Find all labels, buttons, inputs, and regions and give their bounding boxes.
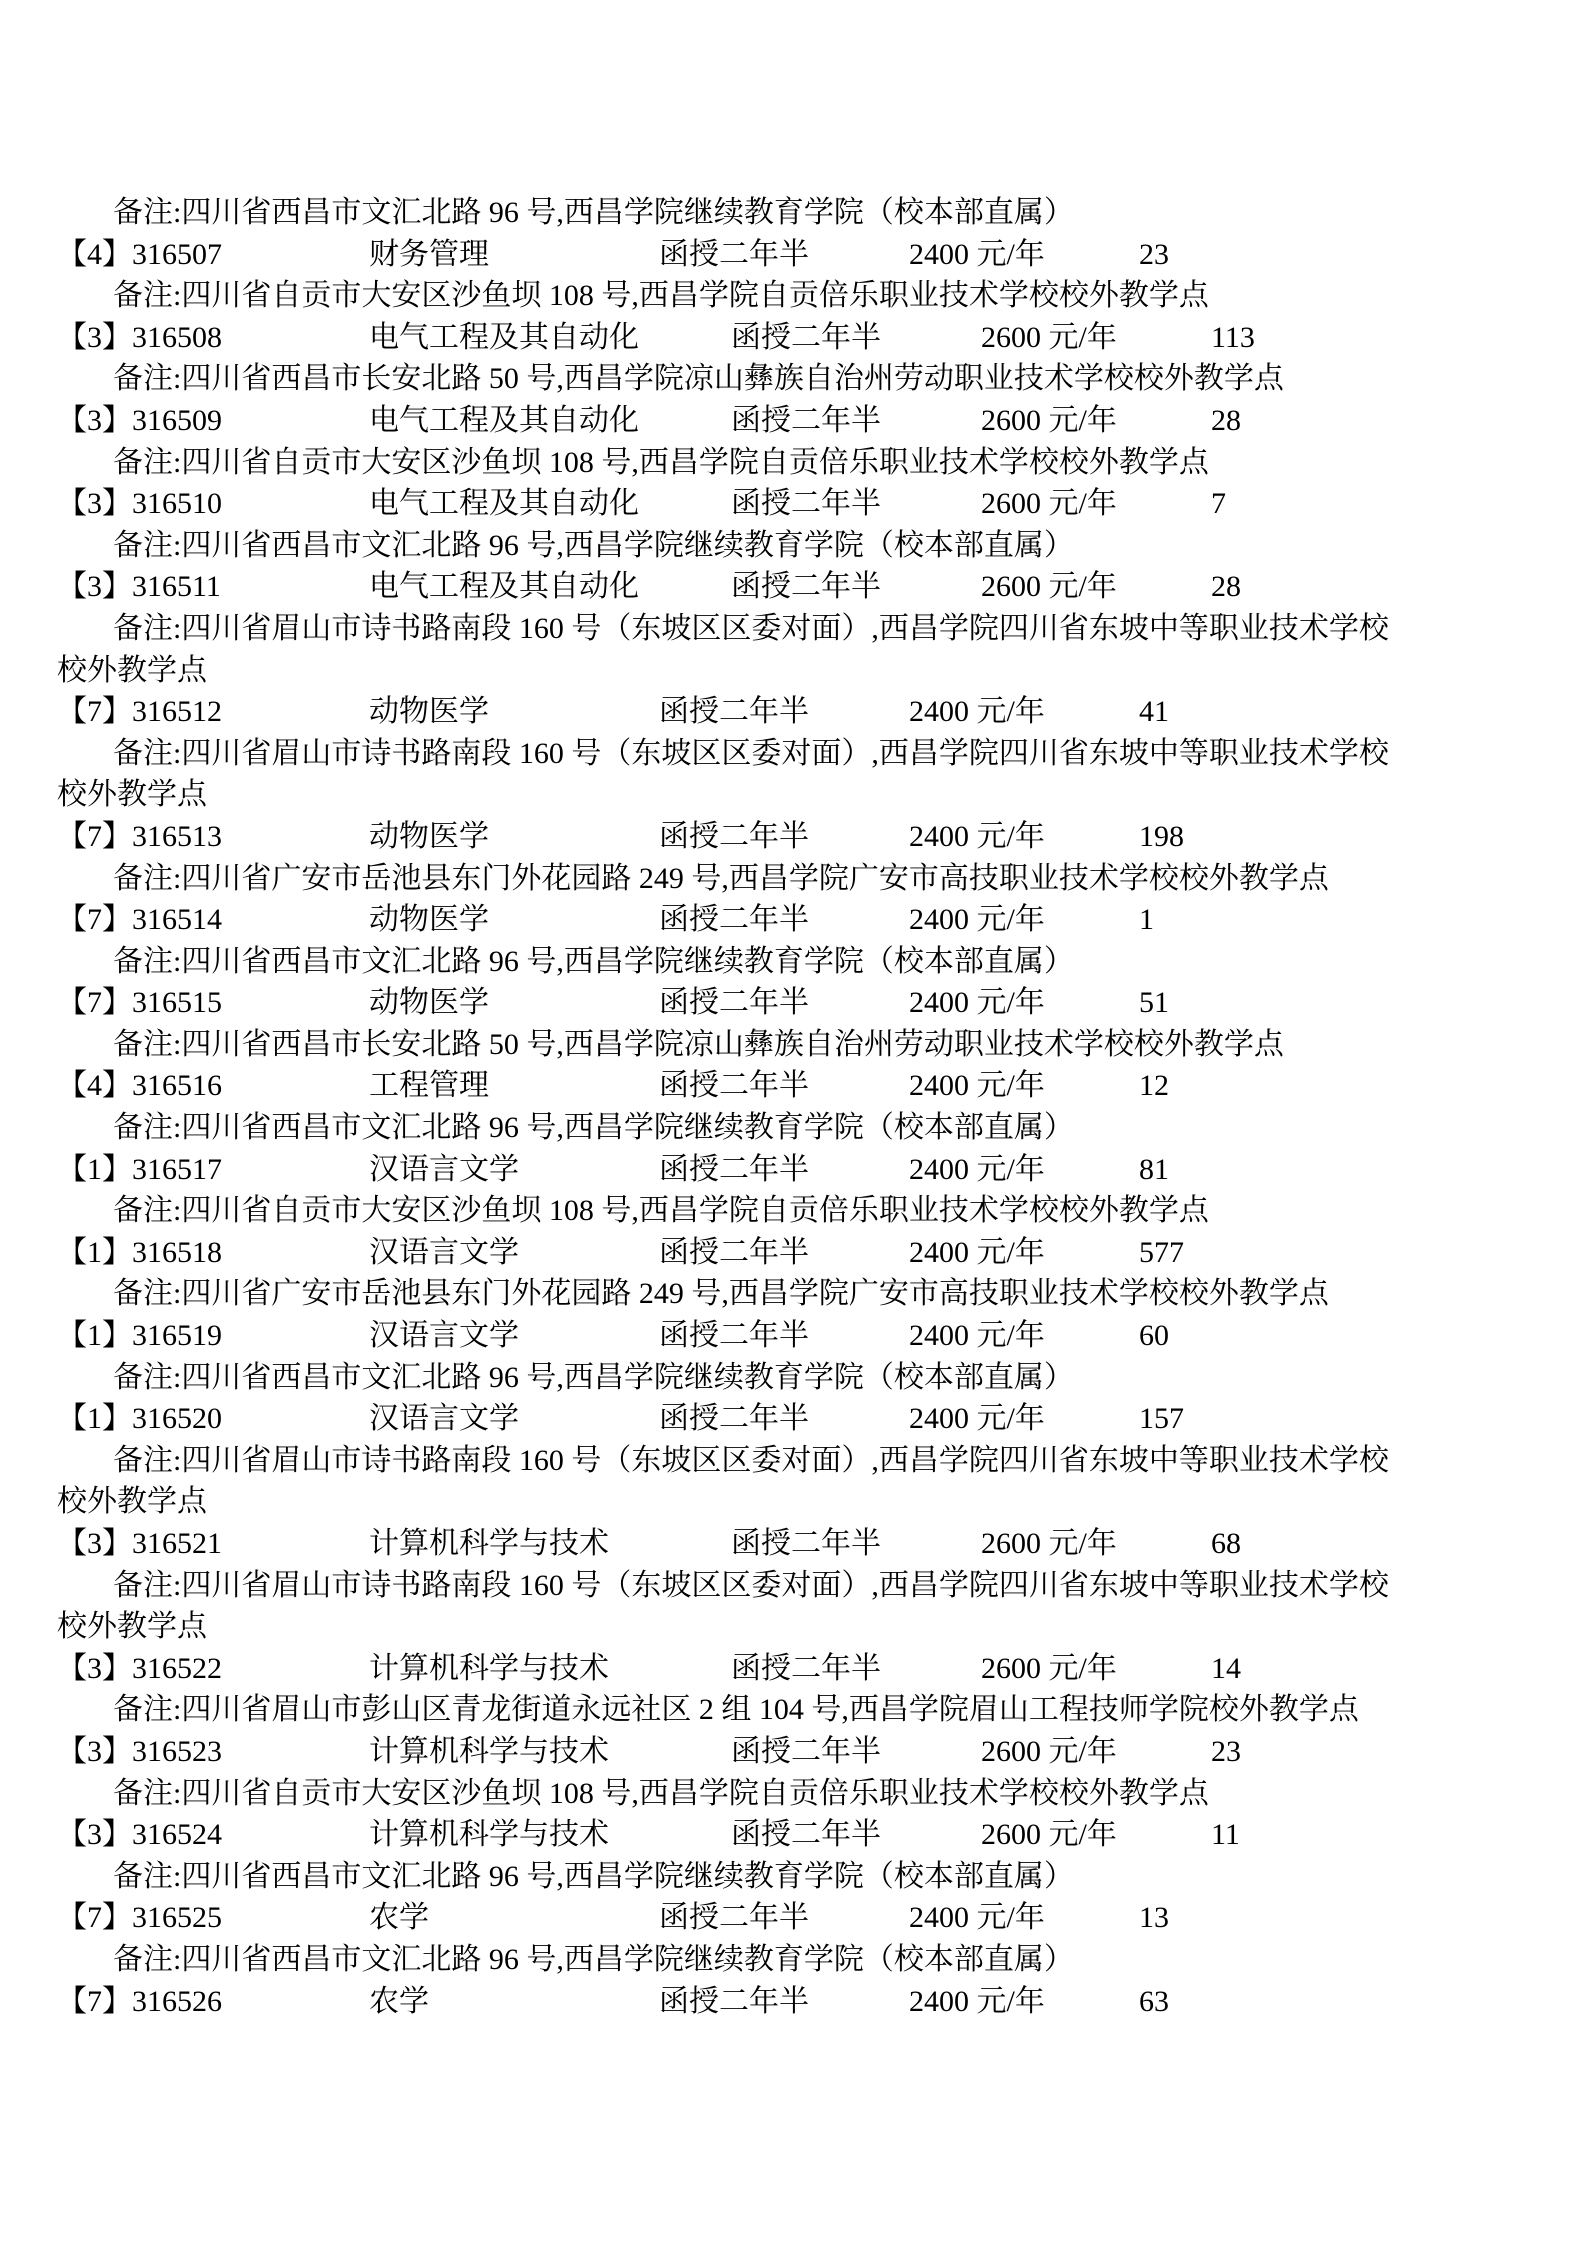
- course-code-cell: 【3】316524: [57, 1814, 369, 1856]
- course-name: 动物医学: [369, 899, 659, 941]
- remark-line: 备注:四川省西昌市长安北路 50 号,西昌学院凉山彝族自治州劳动职业技术学校校外…: [57, 1024, 1527, 1066]
- course-enroll-count: 14: [1211, 1648, 1241, 1690]
- course-name: 计算机科学与技术: [369, 1814, 659, 1856]
- course-study-mode: 函授二年半: [659, 1981, 909, 2023]
- remark-line: 备注:四川省自贡市大安区沙鱼坝 108 号,西昌学院自贡倍乐职业技术学校校外教学…: [57, 1190, 1527, 1232]
- course-code: 316514: [132, 903, 222, 936]
- course-recruit-category: 【7】: [57, 903, 132, 936]
- course-name: 电气工程及其自动化: [369, 400, 659, 442]
- course-study-mode: 函授二年半: [659, 1149, 909, 1191]
- remark-line: 备注:四川省眉山市诗书路南段 160 号（东坡区区委对面）,西昌学院四川省东坡中…: [57, 1565, 1527, 1607]
- course-fee: 2600 元/年: [981, 1731, 1211, 1773]
- course-row: 【7】316515动物医学函授二年半2400 元/年51: [57, 982, 1527, 1024]
- pdf-page: 备注:四川省西昌市文汇北路 96 号,西昌学院继续教育学院（校本部直属）【4】3…: [0, 0, 1587, 2245]
- course-code: 316511: [132, 570, 221, 603]
- course-code: 316508: [132, 321, 222, 354]
- course-recruit-category: 【7】: [57, 1985, 132, 2018]
- course-study-mode: 函授二年半: [731, 400, 981, 442]
- course-fee: 2600 元/年: [981, 1523, 1211, 1565]
- course-study-mode: 函授二年半: [659, 899, 909, 941]
- course-name: 电气工程及其自动化: [369, 317, 659, 359]
- course-code-cell: 【7】316526: [57, 1981, 369, 2023]
- course-fee: 2600 元/年: [981, 483, 1211, 525]
- course-enroll-count: 13: [1139, 1897, 1169, 1939]
- course-name: 动物医学: [369, 816, 659, 858]
- course-name: 农学: [369, 1897, 659, 1939]
- course-enroll-count: 28: [1211, 566, 1241, 608]
- course-recruit-category: 【3】: [57, 1527, 132, 1560]
- course-recruit-category: 【4】: [57, 238, 132, 271]
- course-name: 农学: [369, 1981, 659, 2023]
- course-name: 汉语言文学: [369, 1315, 659, 1357]
- course-code: 316520: [132, 1402, 222, 1435]
- course-fee: 2600 元/年: [981, 566, 1211, 608]
- course-row: 【1】316517汉语言文学函授二年半2400 元/年81: [57, 1149, 1527, 1191]
- course-fee: 2400 元/年: [909, 1398, 1139, 1440]
- course-fee: 2600 元/年: [981, 317, 1211, 359]
- course-code: 316523: [132, 1735, 222, 1768]
- remark-line: 备注:四川省广安市岳池县东门外花园路 249 号,西昌学院广安市高技职业技术学校…: [57, 1273, 1527, 1315]
- course-row: 【3】316509电气工程及其自动化函授二年半2600 元/年28: [57, 400, 1527, 442]
- course-code-cell: 【1】316519: [57, 1315, 369, 1357]
- course-row: 【3】316523计算机科学与技术函授二年半2600 元/年23: [57, 1731, 1527, 1773]
- course-code: 316517: [132, 1153, 222, 1186]
- course-name: 汉语言文学: [369, 1398, 659, 1440]
- course-code-cell: 【3】316523: [57, 1731, 369, 1773]
- remark-line: 备注:四川省眉山市诗书路南段 160 号（东坡区区委对面）,西昌学院四川省东坡中…: [57, 1440, 1527, 1482]
- course-study-mode: 函授二年半: [731, 1523, 981, 1565]
- course-name: 汉语言文学: [369, 1232, 659, 1274]
- course-code-cell: 【1】316517: [57, 1149, 369, 1191]
- course-recruit-category: 【7】: [57, 820, 132, 853]
- course-recruit-category: 【1】: [57, 1319, 132, 1352]
- course-recruit-category: 【7】: [57, 695, 132, 728]
- course-fee: 2600 元/年: [981, 1648, 1211, 1690]
- course-code: 316518: [132, 1236, 222, 1269]
- course-recruit-category: 【4】: [57, 1069, 132, 1102]
- course-code: 316524: [132, 1818, 222, 1851]
- course-row: 【1】316520汉语言文学函授二年半2400 元/年157: [57, 1398, 1527, 1440]
- course-code-cell: 【1】316520: [57, 1398, 369, 1440]
- course-study-mode: 函授二年半: [731, 1814, 981, 1856]
- course-code: 316515: [132, 986, 222, 1019]
- course-fee: 2400 元/年: [909, 1315, 1139, 1357]
- course-code: 316525: [132, 1901, 222, 1934]
- course-code-cell: 【1】316518: [57, 1232, 369, 1274]
- remark-line: 备注:四川省眉山市彭山区青龙街道永远社区 2 组 104 号,西昌学院眉山工程技…: [57, 1689, 1527, 1731]
- program-list: 备注:四川省西昌市文汇北路 96 号,西昌学院继续教育学院（校本部直属）【4】3…: [57, 192, 1527, 2022]
- course-enroll-count: 7: [1211, 483, 1226, 525]
- course-enroll-count: 157: [1139, 1398, 1184, 1440]
- course-enroll-count: 23: [1211, 1731, 1241, 1773]
- remark-line: 备注:四川省眉山市诗书路南段 160 号（东坡区区委对面）,西昌学院四川省东坡中…: [57, 608, 1527, 650]
- course-enroll-count: 23: [1139, 234, 1169, 276]
- course-code: 316526: [132, 1985, 222, 2018]
- course-row: 【7】316525农学函授二年半2400 元/年13: [57, 1897, 1527, 1939]
- course-study-mode: 函授二年半: [659, 1315, 909, 1357]
- course-study-mode: 函授二年半: [659, 816, 909, 858]
- remark-line: 备注:四川省自贡市大安区沙鱼坝 108 号,西昌学院自贡倍乐职业技术学校校外教学…: [57, 275, 1527, 317]
- course-recruit-category: 【7】: [57, 986, 132, 1019]
- course-enroll-count: 12: [1139, 1065, 1169, 1107]
- course-study-mode: 函授二年半: [731, 1731, 981, 1773]
- course-name: 计算机科学与技术: [369, 1731, 659, 1773]
- course-row: 【7】316526农学函授二年半2400 元/年63: [57, 1981, 1527, 2023]
- course-name: 电气工程及其自动化: [369, 483, 659, 525]
- remark-line: 备注:四川省西昌市文汇北路 96 号,西昌学院继续教育学院（校本部直属）: [57, 192, 1527, 234]
- course-row: 【3】316511电气工程及其自动化函授二年半2600 元/年28: [57, 566, 1527, 608]
- course-row: 【1】316518汉语言文学函授二年半2400 元/年577: [57, 1232, 1527, 1274]
- course-name: 动物医学: [369, 982, 659, 1024]
- course-enroll-count: 41: [1139, 691, 1169, 733]
- course-enroll-count: 63: [1139, 1981, 1169, 2023]
- remark-line: 备注:四川省西昌市长安北路 50 号,西昌学院凉山彝族自治州劳动职业技术学校校外…: [57, 358, 1527, 400]
- course-row: 【3】316521计算机科学与技术函授二年半2600 元/年68: [57, 1523, 1527, 1565]
- remark-continuation: 校外教学点: [57, 1481, 1527, 1523]
- course-study-mode: 函授二年半: [659, 982, 909, 1024]
- course-recruit-category: 【3】: [57, 1652, 132, 1685]
- course-recruit-category: 【3】: [57, 487, 132, 520]
- course-enroll-count: 577: [1139, 1232, 1184, 1274]
- course-fee: 2400 元/年: [909, 1232, 1139, 1274]
- course-enroll-count: 60: [1139, 1315, 1169, 1357]
- course-name: 工程管理: [369, 1065, 659, 1107]
- course-enroll-count: 11: [1211, 1814, 1240, 1856]
- course-enroll-count: 1: [1139, 899, 1154, 941]
- course-code-cell: 【3】316511: [57, 566, 369, 608]
- remark-line: 备注:四川省西昌市文汇北路 96 号,西昌学院继续教育学院（校本部直属）: [57, 1939, 1527, 1981]
- course-code-cell: 【3】316509: [57, 400, 369, 442]
- course-study-mode: 函授二年半: [659, 1065, 909, 1107]
- remark-line: 备注:四川省广安市岳池县东门外花园路 249 号,西昌学院广安市高技职业技术学校…: [57, 858, 1527, 900]
- course-row: 【7】316512动物医学函授二年半2400 元/年41: [57, 691, 1527, 733]
- remark-continuation: 校外教学点: [57, 650, 1527, 692]
- course-enroll-count: 81: [1139, 1149, 1169, 1191]
- course-row: 【1】316519汉语言文学函授二年半2400 元/年60: [57, 1315, 1527, 1357]
- course-fee: 2400 元/年: [909, 1981, 1139, 2023]
- course-study-mode: 函授二年半: [659, 1398, 909, 1440]
- remark-line: 备注:四川省自贡市大安区沙鱼坝 108 号,西昌学院自贡倍乐职业技术学校校外教学…: [57, 442, 1527, 484]
- course-row: 【4】316516工程管理函授二年半2400 元/年12: [57, 1065, 1527, 1107]
- remark-continuation: 校外教学点: [57, 1606, 1527, 1648]
- course-fee: 2600 元/年: [981, 1814, 1211, 1856]
- course-code: 316512: [132, 695, 222, 728]
- course-enroll-count: 28: [1211, 400, 1241, 442]
- course-row: 【3】316510电气工程及其自动化函授二年半2600 元/年7: [57, 483, 1527, 525]
- remark-continuation: 校外教学点: [57, 774, 1527, 816]
- course-code-cell: 【7】316513: [57, 816, 369, 858]
- course-code-cell: 【7】316525: [57, 1897, 369, 1939]
- course-enroll-count: 113: [1211, 317, 1255, 359]
- course-fee: 2400 元/年: [909, 1149, 1139, 1191]
- course-fee: 2400 元/年: [909, 234, 1139, 276]
- course-code: 316521: [132, 1527, 222, 1560]
- course-row: 【7】316514动物医学函授二年半2400 元/年1: [57, 899, 1527, 941]
- course-code: 316510: [132, 487, 222, 520]
- course-recruit-category: 【3】: [57, 321, 132, 354]
- course-code-cell: 【3】316510: [57, 483, 369, 525]
- course-code: 316522: [132, 1652, 222, 1685]
- course-recruit-category: 【3】: [57, 570, 132, 603]
- course-name: 财务管理: [369, 234, 659, 276]
- course-code-cell: 【7】316512: [57, 691, 369, 733]
- course-enroll-count: 68: [1211, 1523, 1241, 1565]
- course-row: 【3】316524计算机科学与技术函授二年半2600 元/年11: [57, 1814, 1527, 1856]
- course-name: 汉语言文学: [369, 1149, 659, 1191]
- course-name: 动物医学: [369, 691, 659, 733]
- course-row: 【4】316507财务管理函授二年半2400 元/年23: [57, 234, 1527, 276]
- course-code: 316516: [132, 1069, 222, 1102]
- course-fee: 2600 元/年: [981, 400, 1211, 442]
- course-enroll-count: 198: [1139, 816, 1184, 858]
- course-fee: 2400 元/年: [909, 816, 1139, 858]
- course-study-mode: 函授二年半: [731, 1648, 981, 1690]
- course-recruit-category: 【7】: [57, 1901, 132, 1934]
- remark-line: 备注:四川省西昌市文汇北路 96 号,西昌学院继续教育学院（校本部直属）: [57, 941, 1527, 983]
- course-name: 计算机科学与技术: [369, 1648, 659, 1690]
- course-code-cell: 【7】316514: [57, 899, 369, 941]
- course-code: 316513: [132, 820, 222, 853]
- course-code-cell: 【3】316508: [57, 317, 369, 359]
- course-study-mode: 函授二年半: [659, 234, 909, 276]
- course-name: 电气工程及其自动化: [369, 566, 659, 608]
- course-code: 316519: [132, 1319, 222, 1352]
- course-row: 【7】316513动物医学函授二年半2400 元/年198: [57, 816, 1527, 858]
- course-fee: 2400 元/年: [909, 1065, 1139, 1107]
- course-code-cell: 【7】316515: [57, 982, 369, 1024]
- course-study-mode: 函授二年半: [731, 483, 981, 525]
- course-row: 【3】316508电气工程及其自动化函授二年半2600 元/年113: [57, 317, 1527, 359]
- course-recruit-category: 【3】: [57, 404, 132, 437]
- course-study-mode: 函授二年半: [731, 566, 981, 608]
- course-name: 计算机科学与技术: [369, 1523, 659, 1565]
- course-enroll-count: 51: [1139, 982, 1169, 1024]
- course-study-mode: 函授二年半: [659, 1897, 909, 1939]
- course-code-cell: 【3】316522: [57, 1648, 369, 1690]
- course-fee: 2400 元/年: [909, 1897, 1139, 1939]
- course-code: 316509: [132, 404, 222, 437]
- course-recruit-category: 【1】: [57, 1236, 132, 1269]
- course-study-mode: 函授二年半: [659, 1232, 909, 1274]
- course-fee: 2400 元/年: [909, 899, 1139, 941]
- remark-line: 备注:四川省眉山市诗书路南段 160 号（东坡区区委对面）,西昌学院四川省东坡中…: [57, 733, 1527, 775]
- course-code: 316507: [132, 238, 222, 271]
- remark-line: 备注:四川省西昌市文汇北路 96 号,西昌学院继续教育学院（校本部直属）: [57, 525, 1527, 567]
- course-recruit-category: 【3】: [57, 1818, 132, 1851]
- remark-line: 备注:四川省西昌市文汇北路 96 号,西昌学院继续教育学院（校本部直属）: [57, 1107, 1527, 1149]
- course-fee: 2400 元/年: [909, 982, 1139, 1024]
- course-recruit-category: 【3】: [57, 1735, 132, 1768]
- remark-line: 备注:四川省自贡市大安区沙鱼坝 108 号,西昌学院自贡倍乐职业技术学校校外教学…: [57, 1773, 1527, 1815]
- course-recruit-category: 【1】: [57, 1402, 132, 1435]
- remark-line: 备注:四川省西昌市文汇北路 96 号,西昌学院继续教育学院（校本部直属）: [57, 1357, 1527, 1399]
- course-code-cell: 【3】316521: [57, 1523, 369, 1565]
- course-study-mode: 函授二年半: [731, 317, 981, 359]
- course-recruit-category: 【1】: [57, 1153, 132, 1186]
- course-code-cell: 【4】316516: [57, 1065, 369, 1107]
- course-fee: 2400 元/年: [909, 691, 1139, 733]
- course-code-cell: 【4】316507: [57, 234, 369, 276]
- course-study-mode: 函授二年半: [659, 691, 909, 733]
- course-row: 【3】316522计算机科学与技术函授二年半2600 元/年14: [57, 1648, 1527, 1690]
- remark-line: 备注:四川省西昌市文汇北路 96 号,西昌学院继续教育学院（校本部直属）: [57, 1856, 1527, 1898]
